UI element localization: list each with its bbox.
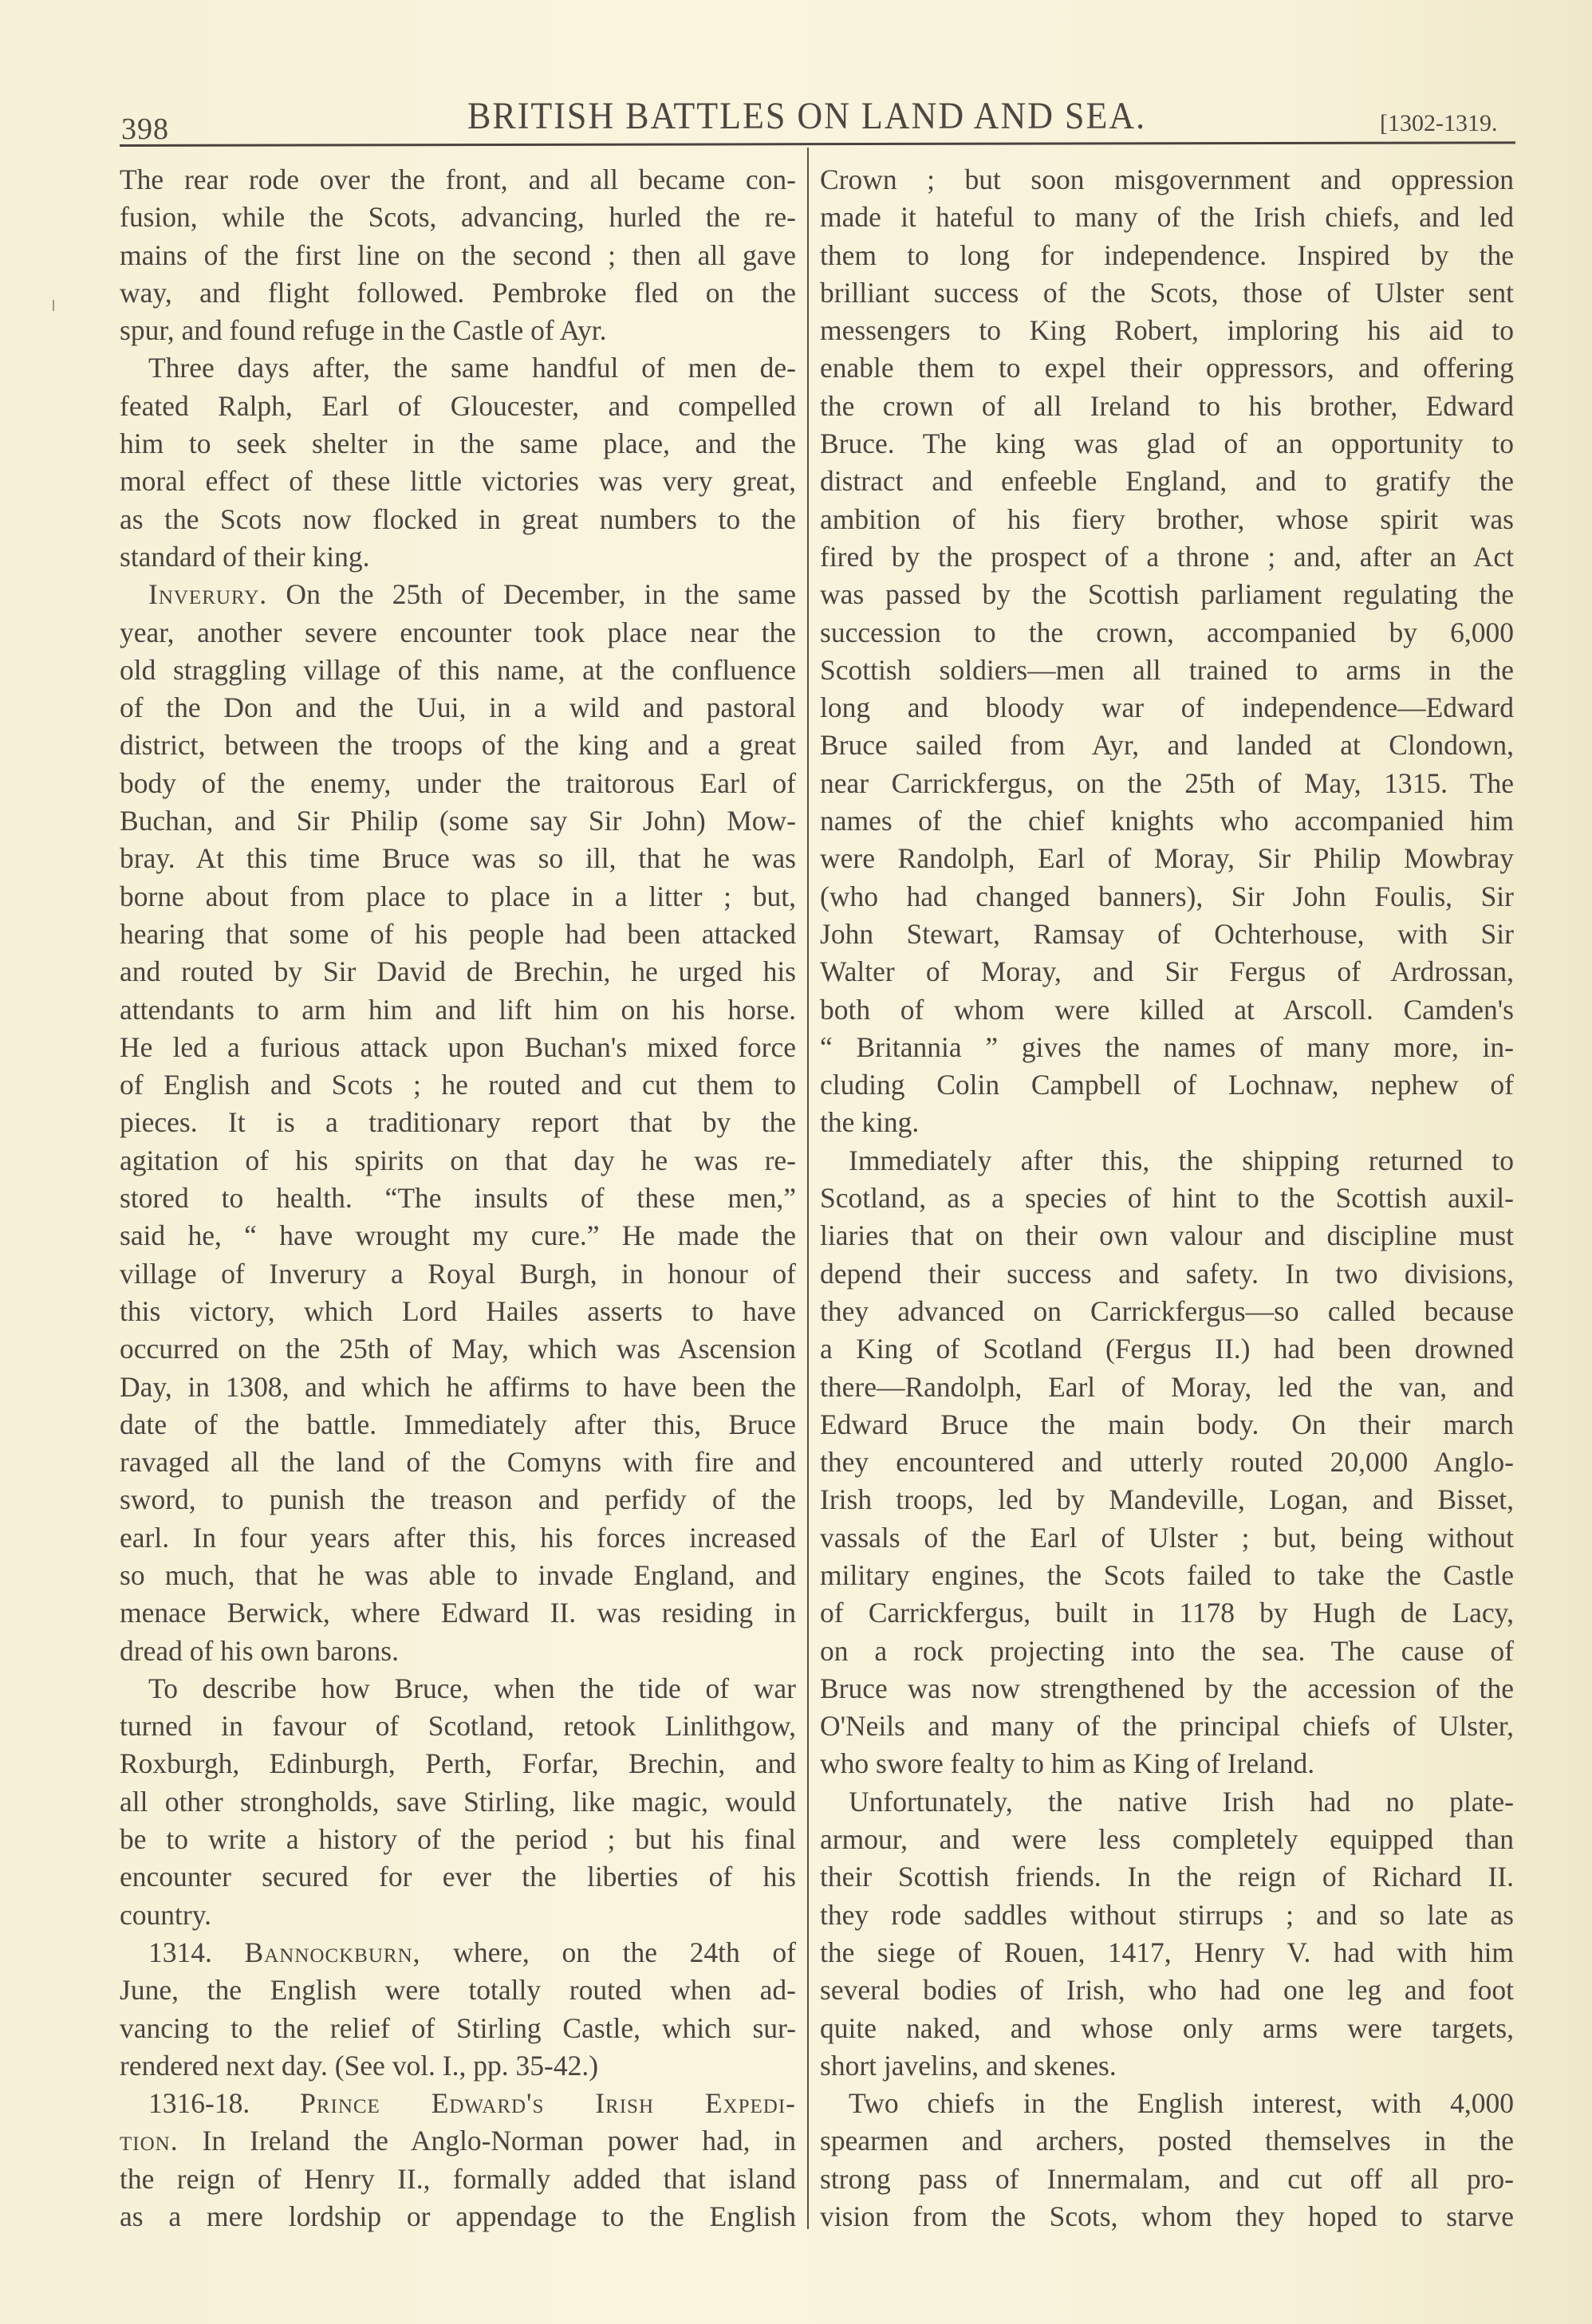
text-line: bray. At this time Bruce was so ill, tha…	[120, 840, 796, 877]
text-line: mains of the first line on the second ; …	[120, 237, 796, 274]
section-heading: tion.	[120, 2125, 179, 2157]
text-line: of English and Scots ; he routed and cut…	[120, 1066, 796, 1104]
text-line: they encountered and utterly routed 20,0…	[820, 1444, 1514, 1481]
text-line: names of the chief knights who accompani…	[820, 802, 1514, 840]
text-line: turned in favour of Scotland, retook Lin…	[120, 1708, 796, 1745]
text-line: moral effect of these little victories w…	[120, 463, 796, 500]
text-line: hearing that some of his people had been…	[120, 916, 796, 953]
left-column: The rear rode over the front, and all be…	[120, 161, 796, 2235]
text-line: be to write a history of the period ; bu…	[120, 1821, 796, 1858]
text-line: cluding Colin Campbell of Lochnaw, nephe…	[820, 1066, 1514, 1104]
text-line: of Carrickfergus, built in 1178 by Hugh …	[820, 1594, 1514, 1632]
text-line: Unfortunately, the native Irish had no p…	[820, 1783, 1514, 1821]
text-line: both of whom were killed at Arscoll. Cam…	[820, 991, 1514, 1029]
text-line: the crown of all Ireland to his brother,…	[820, 388, 1514, 425]
text-line: agitation of his spirits on that day he …	[120, 1142, 796, 1180]
text-line: distract and enfeeble England, and to gr…	[820, 463, 1514, 500]
text-line: him to seek shelter in the same place, a…	[120, 425, 796, 463]
text-line: “ Britannia ” gives the names of many mo…	[820, 1029, 1514, 1066]
text-line: Bruce sailed from Ayr, and landed at Clo…	[820, 727, 1514, 764]
text-line: their Scottish friends. In the reign of …	[820, 1858, 1514, 1896]
text-line: dread of his own barons.	[120, 1633, 796, 1670]
text-line: as the Scots now flocked in great number…	[120, 501, 796, 538]
page-number: 398	[121, 112, 169, 147]
text-line: Roxburgh, Edinburgh, Perth, Forfar, Brec…	[120, 1745, 796, 1782]
text-line: made it hateful to many of the Irish chi…	[820, 199, 1514, 236]
text-line: Irish troops, led by Mandeville, Logan, …	[820, 1481, 1514, 1518]
text-line: standard of their king.	[120, 538, 796, 576]
text-line: the siege of Rouen, 1417, Henry V. had w…	[820, 1934, 1514, 1971]
text-line: Crown ; but soon misgovernment and oppre…	[820, 161, 1514, 199]
text-line: body of the enemy, under the traitorous …	[120, 765, 796, 802]
text-line: village of Inverury a Royal Burgh, in ho…	[120, 1255, 796, 1293]
text-line: ravaged all the land of the Comyns with …	[120, 1444, 796, 1481]
text-line: was passed by the Scottish parliament re…	[820, 576, 1514, 613]
text-line: way, and flight followed. Pembroke fled …	[120, 274, 796, 312]
running-header: 398 BRITISH BATTLES ON LAND AND SEA. [13…	[120, 94, 1523, 142]
text-line: year, another severe encounter took plac…	[120, 614, 796, 652]
text-line: Three days after, the same handful of me…	[120, 349, 796, 387]
text-line: as a mere lordship or appendage to the E…	[120, 2198, 796, 2235]
text-line: Scottish soldiers—men all trained to arm…	[820, 652, 1514, 689]
text-line: Two chiefs in the English interest, with…	[820, 2085, 1514, 2122]
text-line: country.	[120, 1897, 796, 1934]
text-line: the king.	[820, 1104, 1514, 1141]
text-line: so much, that he was able to invade Engl…	[120, 1557, 796, 1594]
text-line: fired by the prospect of a throne ; and,…	[820, 538, 1514, 576]
text-line: date of the battle. Immediately after th…	[120, 1406, 796, 1444]
text-line: long and bloody war of independence—Edwa…	[820, 689, 1514, 727]
text-line: on a rock projecting into the sea. The c…	[820, 1633, 1514, 1670]
text-line: liaries that on their own valour and dis…	[820, 1217, 1514, 1255]
column-divider	[807, 148, 809, 2229]
text-line: June, the English were totally routed wh…	[120, 1971, 796, 2009]
text-line: armour, and were less completely equippe…	[820, 1821, 1514, 1858]
text-line: Immediately after this, the shipping ret…	[820, 1142, 1514, 1180]
running-title: BRITISH BATTLES ON LAND AND SEA.	[467, 94, 1146, 138]
text-line: spearmen and archers, posted themselves …	[820, 2122, 1514, 2160]
text-line: earl. In four years after this, his forc…	[120, 1519, 796, 1557]
text-line: sword, to punish the treason and perfidy…	[120, 1481, 796, 1518]
text-line: vassals of the Earl of Ulster ; but, bei…	[820, 1519, 1514, 1557]
text-line: succession to the crown, accompanied by …	[820, 614, 1514, 652]
text-line: all other strongholds, save Stirling, li…	[120, 1783, 796, 1821]
text-line: were Randolph, Earl of Moray, Sir Philip…	[820, 840, 1514, 877]
text-line: Edward Bruce the main body. On their mar…	[820, 1406, 1514, 1444]
text-line: 1316-18. Prince Edward's Irish Expedi-	[120, 2085, 796, 2122]
text-line: feated Ralph, Earl of Gloucester, and co…	[120, 388, 796, 425]
text-line: Bruce was now strengthened by the access…	[820, 1670, 1514, 1708]
text-line: quite naked, and whose only arms were ta…	[820, 2010, 1514, 2047]
text-line: old straggling village of this name, at …	[120, 652, 796, 689]
text-line: fusion, while the Scots, advancing, hurl…	[120, 199, 796, 236]
book-page: 398 BRITISH BATTLES ON LAND AND SEA. [13…	[0, 0, 1592, 2324]
section-heading: Prince Edward's Irish Expedi-	[300, 2087, 796, 2119]
text-line: Walter of Moray, and Sir Fergus of Ardro…	[820, 953, 1514, 991]
text-line: near Carrickfergus, on the 25th of May, …	[820, 765, 1514, 802]
text-line: encounter secured for ever the liberties…	[120, 1858, 796, 1896]
text-line: Bruce. The king was glad of an opportuni…	[820, 425, 1514, 463]
text-line: they rode saddles without stirrups ; and…	[820, 1897, 1514, 1934]
text-line: To describe how Bruce, when the tide of …	[120, 1670, 796, 1708]
text-line: messengers to King Robert, imploring his…	[820, 312, 1514, 349]
header-rule	[120, 141, 1515, 147]
section-heading: Inverury.	[148, 578, 267, 610]
text-line: stored to health. “The insults of these …	[120, 1180, 796, 1217]
right-column: Crown ; but soon misgovernment and oppre…	[820, 161, 1514, 2235]
text-line: strong pass of Innermalam, and cut off a…	[820, 2161, 1514, 2198]
date-range: [1302-1319.	[1380, 110, 1497, 137]
text-line: pieces. It is a traditionary report that…	[120, 1104, 796, 1141]
text-line: said he, “ have wrought my cure.” He mad…	[120, 1217, 796, 1255]
text-line: occurred on the 25th of May, which was A…	[120, 1330, 796, 1368]
text-line: vision from the Scots, whom they hoped t…	[820, 2198, 1514, 2235]
text-line: several bodies of Irish, who had one leg…	[820, 1971, 1514, 2009]
text-line: spur, and found refuge in the Castle of …	[120, 312, 796, 349]
text-line: ambition of his fiery brother, whose spi…	[820, 501, 1514, 538]
text-line: depend their success and safety. In two …	[820, 1255, 1514, 1293]
text-line: brilliant success of the Scots, those of…	[820, 274, 1514, 312]
text-line: Day, in 1308, and which he affirms to ha…	[120, 1369, 796, 1406]
text-line: John Stewart, Ramsay of Ochterhouse, wit…	[820, 916, 1514, 953]
text-line: short javelins, and skenes.	[820, 2047, 1514, 2085]
text-line: military engines, the Scots failed to ta…	[820, 1557, 1514, 1594]
text-line: who swore fealty to him as King of Irela…	[820, 1745, 1514, 1782]
text-line: He led a furious attack upon Buchan's mi…	[120, 1029, 796, 1066]
text-line: Buchan, and Sir Philip (some say Sir Joh…	[120, 802, 796, 840]
text-line: Inverury. On the 25th of December, in th…	[120, 576, 796, 613]
text-line: a King of Scotland (Fergus II.) had been…	[820, 1330, 1514, 1368]
text-line: them to long for independence. Inspired …	[820, 237, 1514, 274]
text-line: 1314. Bannockburn, where, on the 24th of	[120, 1934, 796, 1971]
text-line: O'Neils and many of the principal chiefs…	[820, 1708, 1514, 1745]
text-line: Scotland, as a species of hint to the Sc…	[820, 1180, 1514, 1217]
text-line: enable them to expel their oppressors, a…	[820, 349, 1514, 387]
text-line: this victory, which Lord Hailes asserts …	[120, 1293, 796, 1330]
text-line: (who had changed banners), Sir John Foul…	[820, 878, 1514, 916]
text-line: the reign of Henry II., formally added t…	[120, 2161, 796, 2198]
text-line: tion. In Ireland the Anglo-Norman power …	[120, 2122, 796, 2160]
text-line: The rear rode over the front, and all be…	[120, 161, 796, 199]
text-line: menace Berwick, where Edward II. was res…	[120, 1594, 796, 1632]
text-line: attendants to arm him and lift him on hi…	[120, 991, 796, 1029]
text-line: they advanced on Carrickfergus—so called…	[820, 1293, 1514, 1330]
text-line: and routed by Sir David de Brechin, he u…	[120, 953, 796, 991]
section-heading: Bannockburn,	[245, 1936, 421, 1968]
text-line: district, between the troops of the king…	[120, 727, 796, 764]
margin-mark	[53, 300, 54, 311]
text-line: vancing to the relief of Stirling Castle…	[120, 2010, 796, 2047]
text-line: of the Don and the Uui, in a wild and pa…	[120, 689, 796, 727]
text-line: rendered next day. (See vol. I., pp. 35-…	[120, 2047, 796, 2085]
text-line: borne about from place to place in a lit…	[120, 878, 796, 916]
text-line: there—Randolph, Earl of Moray, led the v…	[820, 1369, 1514, 1406]
